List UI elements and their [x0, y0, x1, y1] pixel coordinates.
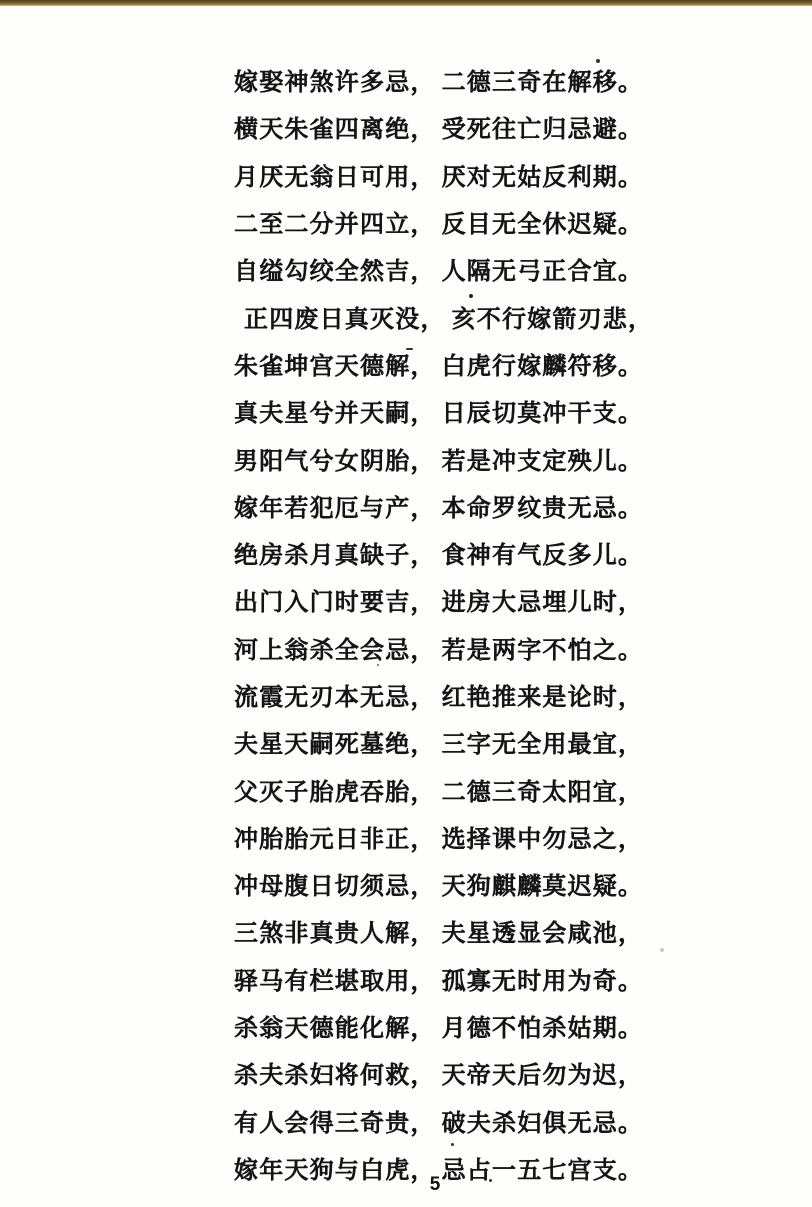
verse-second-half: 选择课中勿忌之， [442, 819, 644, 854]
verse-line: 嫁年天狗与白虎，忌占一五七宫支。 [234, 1144, 714, 1191]
verse-first-half: 正四废日真灭没， [244, 299, 446, 334]
verse-line: 月厌无翁日可用，厌对无姑反利期。 [234, 151, 714, 198]
verse-second-half: 人隔无弓正合宜。 [442, 251, 644, 286]
verse-second-half: 若是两字不怕之。 [442, 630, 644, 665]
verse-line: 河上翁杀全会忌，若是两字不怕之。 [234, 624, 714, 671]
ink-speck [406, 348, 413, 350]
page-number: 5 [420, 1174, 450, 1196]
verse-second-half: 忌占一五七宫支。 [442, 1150, 644, 1185]
verse-first-half: 横天朱雀四离绝， [234, 109, 436, 144]
verse-first-half: 嫁娶神煞许多忌， [234, 62, 436, 97]
verse-first-half: 流霞无刃本无忌， [234, 677, 436, 712]
verse-second-half: 天帝天后勿为迟， [442, 1055, 644, 1090]
verse-line: 横天朱雀四离绝，受死往亡归忌避。 [234, 103, 714, 150]
verse-line: 冲母腹日切须忌，天狗麒麟莫迟疑。 [234, 860, 714, 907]
verse-first-half: 月厌无翁日可用， [234, 157, 436, 192]
verse-second-half: 二德三奇太阳宜， [442, 772, 644, 807]
verse-line: 夫星天嗣死墓绝，三字无全用最宜， [234, 718, 714, 765]
verse-second-half: 三字无全用最宜， [442, 724, 644, 759]
verse-second-half: 进房大忌埋儿时， [442, 582, 644, 617]
verse-line: 冲胎胎元日非正，选择课中勿忌之， [234, 813, 714, 860]
ink-speck [479, 658, 482, 661]
verse-first-half: 男阳气兮女阴胎， [234, 441, 436, 476]
ink-speck [596, 59, 600, 63]
verse-first-half: 杀夫杀妇将何救， [234, 1055, 436, 1090]
verse-first-half: 三煞非真贵人解， [234, 913, 436, 948]
ink-speck [451, 1143, 454, 1146]
ink-speck [321, 120, 324, 123]
verse-line: 有人会得三奇贵，破夫杀妇俱无忌。 [234, 1097, 714, 1144]
verse-line: 父灭子胎虎吞胎，二德三奇太阳宜， [234, 765, 714, 812]
verse-line: 自缢勾绞全然吉，人隔无弓正合宜。 [234, 245, 714, 292]
verse-second-half: 食神有气反多儿。 [442, 535, 644, 570]
verse-first-half: 冲胎胎元日非正， [234, 819, 436, 854]
verse-second-half: 月德不怕杀姑期。 [442, 1008, 644, 1043]
verse-line: 绝房杀月真缺子，食神有气反多儿。 [234, 529, 714, 576]
verse-line: 正四废日真灭没，亥不行嫁箭刃悲， [234, 292, 714, 339]
verse-first-half: 自缢勾绞全然吉， [234, 251, 436, 286]
verse-first-half: 杀翁天德能化解， [234, 1008, 436, 1043]
verse-line: 嫁年若犯厄与产，本命罗纹贵无忌。 [234, 482, 714, 529]
verse-second-half: 天狗麒麟莫迟疑。 [442, 866, 644, 901]
verse-first-half: 出门入门时要吉， [234, 582, 436, 617]
verse-second-half: 若是冲支定殃儿。 [442, 441, 644, 476]
verse-first-half: 嫁年天狗与白虎， [234, 1150, 436, 1185]
verse-second-half: 红艳推来是论时， [442, 677, 644, 712]
ink-speck [660, 948, 664, 952]
verse-line: 流霞无刃本无忌，红艳推来是论时， [234, 671, 714, 718]
ink-speck [377, 664, 379, 666]
verse-second-half: 夫星透显会咸池， [442, 913, 644, 948]
verse-line: 二至二分并四立，反目无全休迟疑。 [234, 198, 714, 245]
verse-second-half: 二德三奇在解移。 [442, 62, 644, 97]
verse-first-half: 朱雀坤宫天德解， [234, 346, 436, 381]
ink-speck [489, 1179, 492, 1182]
verse-second-half: 孤寡无时用为奇。 [442, 961, 644, 996]
verse-first-half: 父灭子胎虎吞胎， [234, 772, 436, 807]
verse-line: 真夫星兮并天嗣，日辰切莫冲干支。 [234, 387, 714, 434]
verse-line: 杀翁天德能化解，月德不怕杀姑期。 [234, 1002, 714, 1049]
verse-first-half: 驿马有栏堪取用， [234, 961, 436, 996]
verse-second-half: 日辰切莫冲干支。 [442, 393, 644, 428]
verse-text-block: 嫁娶神煞许多忌，二德三奇在解移。横天朱雀四离绝，受死往亡归忌避。月厌无翁日可用，… [234, 56, 714, 1191]
verse-first-half: 有人会得三奇贵， [234, 1103, 436, 1138]
verse-second-half: 亥不行嫁箭刃悲， [452, 299, 654, 334]
verse-first-half: 夫星天嗣死墓绝， [234, 724, 436, 759]
verse-line: 杀夫杀妇将何救，天帝天后勿为迟， [234, 1049, 714, 1096]
verse-second-half: 破夫杀妇俱无忌。 [442, 1103, 644, 1138]
verse-first-half: 真夫星兮并天嗣， [234, 393, 436, 428]
verse-line: 朱雀坤宫天德解，白虎行嫁麟符移。 [234, 340, 714, 387]
ink-speck [469, 294, 473, 298]
verse-second-half: 本命罗纹贵无忌。 [442, 488, 644, 523]
verse-first-half: 绝房杀月真缺子， [234, 535, 436, 570]
verse-first-half: 冲母腹日切须忌， [234, 866, 436, 901]
verse-second-half: 反目无全休迟疑。 [442, 204, 644, 239]
verse-second-half: 白虎行嫁麟符移。 [442, 346, 644, 381]
page-top-border [0, 0, 812, 6]
verse-second-half: 厌对无姑反利期。 [442, 157, 644, 192]
verse-first-half: 河上翁杀全会忌， [234, 630, 436, 665]
verse-second-half: 受死往亡归忌避。 [442, 109, 644, 144]
verse-line: 出门入门时要吉，进房大忌埋儿时， [234, 576, 714, 623]
verse-first-half: 二至二分并四立， [234, 204, 436, 239]
verse-line: 男阳气兮女阴胎，若是冲支定殃儿。 [234, 434, 714, 481]
verse-line: 嫁娶神煞许多忌，二德三奇在解移。 [234, 56, 714, 103]
verse-line: 驿马有栏堪取用，孤寡无时用为奇。 [234, 955, 714, 1002]
verse-first-half: 嫁年若犯厄与产， [234, 488, 436, 523]
verse-line: 三煞非真贵人解，夫星透显会咸池， [234, 907, 714, 954]
